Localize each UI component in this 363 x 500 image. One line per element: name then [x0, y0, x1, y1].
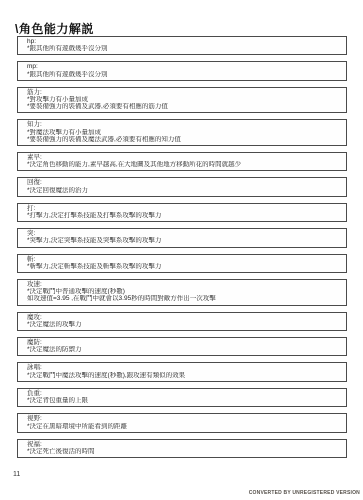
ability-description-line: *突擊力,決定突擊系技能及突擊系攻擊的攻擊力 [27, 237, 337, 244]
ability-box: 魔攻: *決定魔法的攻擊力 [17, 312, 347, 331]
ability-description-line: *對攻擊力有小量加成 [27, 96, 337, 103]
ability-label: 視野: [27, 415, 337, 422]
ability-label: mp: [27, 63, 337, 70]
ability-description-line: *決定魔法的防禦力 [27, 346, 337, 353]
ability-description-line: *打擊力,決定打擊系技能及打擊系攻擊的攻擊力 [27, 212, 337, 219]
ability-box: 斬: *斬擊力,決定斬擊系技能及斬擊系攻擊的攻擊力 [17, 254, 347, 273]
ability-description-line: *決定在黑暗環境中所能看到的距離 [27, 423, 337, 430]
ability-label: 攻速: [27, 281, 337, 288]
ability-box: 突: *突擊力,決定突擊系技能及突擊系攻擊的攻擊力 [17, 228, 347, 247]
ability-box: 回復: *決定回復魔法的治力 [17, 177, 347, 196]
ability-description-line: *決定角色移動的能力,素早越高,在大地圖及其他地方移動所花的時間就越少 [27, 161, 337, 168]
ability-label: 祝福: [27, 441, 337, 448]
ability-box: mp: *跟其他所有遊戲幾乎沒分別 [17, 61, 347, 80]
ability-description-line: *決定背包重量的上限 [27, 397, 337, 404]
ability-box: 祝福: *決定死亡後復活的時間 [17, 439, 347, 458]
ability-label: 詠唱: [27, 364, 337, 371]
ability-description-line: *決定回復魔法的治力 [27, 187, 337, 194]
converter-watermark: Converted by Unregistered Version [249, 490, 360, 496]
ability-label: 素早: [27, 154, 337, 161]
ability-box: 素早: *決定角色移動的能力,素早越高,在大地圖及其他地方移動所花的時間就越少 [17, 152, 347, 171]
ability-label: 斬: [27, 256, 337, 263]
ability-label: hp: [27, 38, 337, 45]
ability-box: 詠唱: *決定戰鬥中魔法攻擊的速度(秒數),跟攻速有類似的效果 [17, 362, 347, 381]
page-title: \角色能力解説 [15, 20, 94, 37]
ability-box: 視野: *決定在黑暗環境中所能看到的距離 [17, 413, 347, 432]
ability-description-line: *要裝備強力的裝備及武器,必須要有相應的筋力值 [27, 103, 337, 110]
ability-box: 負重: *決定背包重量的上限 [17, 388, 347, 407]
ability-label: 突: [27, 230, 337, 237]
ability-box: 魔防: *決定魔法的防禦力 [17, 337, 347, 356]
ability-description-line: *對魔法攻擊力有小量加成 [27, 129, 337, 136]
ability-box: 攻速: *決定戰鬥中普通攻擊的速度(秒數)如攻速值=3.95 ,在戰鬥中就會以3… [17, 279, 347, 306]
ability-label: 知力: [27, 121, 337, 128]
ability-label: 負重: [27, 390, 337, 397]
ability-description-line: *決定魔法的攻擊力 [27, 321, 337, 328]
ability-description-line: *決定戰鬥中魔法攻擊的速度(秒數),跟攻速有類似的效果 [27, 372, 337, 379]
ability-description-line: *決定戰鬥中普通攻擊的速度(秒數) [27, 288, 337, 295]
ability-description-line: *要裝備強力的裝備及魔法武器,必須要有相應的知力值 [27, 136, 337, 143]
ability-label: 魔攻: [27, 314, 337, 321]
ability-description-line: 如攻速值=3.95 ,在戰鬥中就會以3.95秒的時間對敵方作出一次攻擊 [27, 295, 337, 302]
ability-box: 筋力: *對攻擊力有小量加成*要裝備強力的裝備及武器,必須要有相應的筋力值 [17, 87, 347, 114]
manual-page: { "page": { "title": "\\角色能力解説", "page_n… [0, 0, 363, 500]
ability-box: 知力: *對魔法攻擊力有小量加成*要裝備強力的裝備及魔法武器,必須要有相應的知力… [17, 119, 347, 146]
ability-box: 打: *打擊力,決定打擊系技能及打擊系攻擊的攻擊力 [17, 203, 347, 222]
ability-box: hp: *跟其他所有遊戲幾乎沒分別 [17, 36, 347, 55]
ability-description-line: *斬擊力,決定斬擊系技能及斬擊系攻擊的攻擊力 [27, 263, 337, 270]
ability-label: 筋力: [27, 89, 337, 96]
ability-description-line: *跟其他所有遊戲幾乎沒分別 [27, 71, 337, 78]
ability-list: hp: *跟其他所有遊戲幾乎沒分別 mp: *跟其他所有遊戲幾乎沒分別 筋力: … [17, 36, 347, 464]
ability-description-line: *跟其他所有遊戲幾乎沒分別 [27, 45, 337, 52]
ability-label: 打: [27, 205, 337, 212]
ability-label: 魔防: [27, 339, 337, 346]
page-number: 11 [13, 471, 20, 478]
ability-label: 回復: [27, 179, 337, 186]
ability-description-line: *決定死亡後復活的時間 [27, 448, 337, 455]
